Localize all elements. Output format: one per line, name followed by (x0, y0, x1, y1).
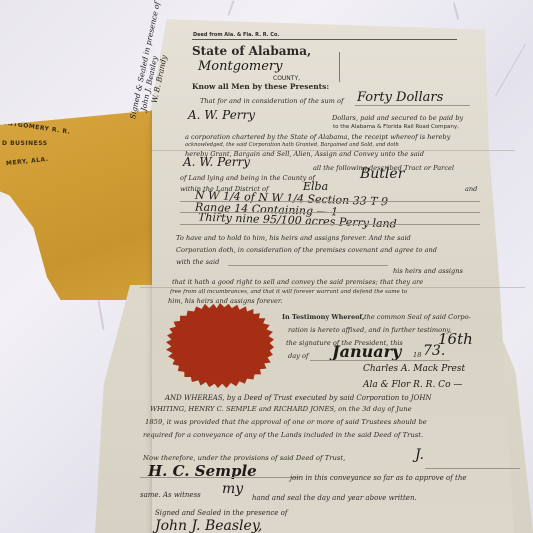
trustee-initial: J. (415, 447, 424, 463)
habendum-line-7: him, his heirs and assigns forever. (168, 297, 282, 305)
consideration-line-4: acknowledged, the said Corporation hath … (185, 142, 399, 148)
dollars-text: Dollars, paid and secured to be paid by (332, 114, 463, 122)
county-label: COUNTY, (273, 75, 300, 82)
fold-line (140, 287, 525, 288)
year-prefix: 18 (413, 351, 421, 359)
envelope: ONTGOMERY R. R. D BUSINESS MERY, ALA. (0, 110, 166, 300)
company-signature: Ala & Flor R. R. Co — (363, 380, 462, 390)
habendum-line-4: his heirs and assigns (393, 267, 463, 275)
testimony-heading: In Testimony Whereof, (282, 313, 364, 321)
whereas-line-4: required for a conveyance of any of the … (143, 431, 423, 439)
habendum-line-3: with the said (176, 258, 219, 266)
sum-line (355, 105, 470, 106)
whereas-line-1: AND WHEREAS, by a Deed of Trust executed… (165, 394, 432, 402)
grantee-handwritten: A. W. Perry (183, 155, 250, 169)
consideration-prefix: That for and in consideration of the sum… (200, 97, 343, 105)
county-handwritten: Montgomery (198, 59, 282, 74)
description-rule (180, 212, 480, 213)
envelope-line-1: ONTGOMERY R. R. (2, 119, 71, 135)
marble-vein (227, 0, 234, 16)
whereas-line-3: 1859, it was provided that the approval … (145, 418, 427, 426)
marble-vein (453, 2, 460, 20)
and-text: and (465, 185, 477, 193)
habendum-line-2: Corporation doth, in consideration of th… (176, 246, 437, 254)
president-signature: Charles A. Mack Prest (363, 364, 465, 374)
year-handwritten: 73. (423, 343, 445, 359)
signed-sealed: Signed and Sealed in the presence of (155, 509, 287, 517)
sum-handwritten: Forty Dollars (357, 90, 443, 105)
marble-vein (97, 300, 104, 330)
description-rule (180, 224, 480, 225)
day-of: day of (288, 352, 308, 360)
witness-rest: hand and seal the day and year above wri… (252, 494, 417, 502)
habendum-line-5: that it hath a good right to sell and co… (172, 278, 423, 286)
habendum-line-1: To have and to hold to him, his heirs an… (176, 234, 411, 242)
consideration-line-7: of Land lying and being in the County of (180, 174, 315, 182)
envelope-line-3: MERY, ALA. (6, 156, 49, 167)
testimony-line-1: the common Seal of said Corpo- (364, 313, 471, 321)
habendum-line-6: free from all incumbrances, and that it … (170, 289, 407, 295)
state-title: State of Alabama, (192, 44, 311, 58)
description-rule (180, 201, 480, 202)
whereas-line-5: Now therefore, under the provisions of s… (143, 454, 345, 462)
district-handwritten: Elba (303, 180, 328, 193)
testimony-line-2: ration is hereto affixed, and in further… (288, 326, 451, 334)
header-rule (192, 39, 457, 40)
trustee-rule (425, 468, 520, 469)
join-text: join in this conveyance so far as to app… (290, 474, 467, 482)
marble-vein (495, 44, 526, 96)
month-handwritten: January (332, 342, 401, 361)
date-rule (310, 360, 450, 361)
witness-line: same. As witness (140, 491, 201, 499)
payer-handwritten: A. W. Perry (188, 108, 255, 122)
witness-hand: my (222, 481, 243, 497)
to-company: to the Alabama & Florida Rail Road Compa… (333, 124, 459, 130)
whereas-line-2: WHITING, HENRY C. SEMPLE and RICHARD JON… (150, 405, 412, 413)
witness-signature: John J. Beasley, (155, 518, 262, 533)
form-header: Deed from Ala. & Fla. R. R. Co. (193, 32, 279, 38)
bracket-line (339, 52, 340, 82)
know-all-men: Know all Men by these Presents: (192, 82, 329, 91)
envelope-line-2: D BUSINESS (2, 140, 48, 147)
grantee-blank-line (228, 265, 388, 266)
consideration-line-3: a corporation chartered by the State of … (185, 133, 450, 141)
county-of-land: Butler (360, 166, 404, 182)
trustee-sign-line (140, 477, 300, 478)
